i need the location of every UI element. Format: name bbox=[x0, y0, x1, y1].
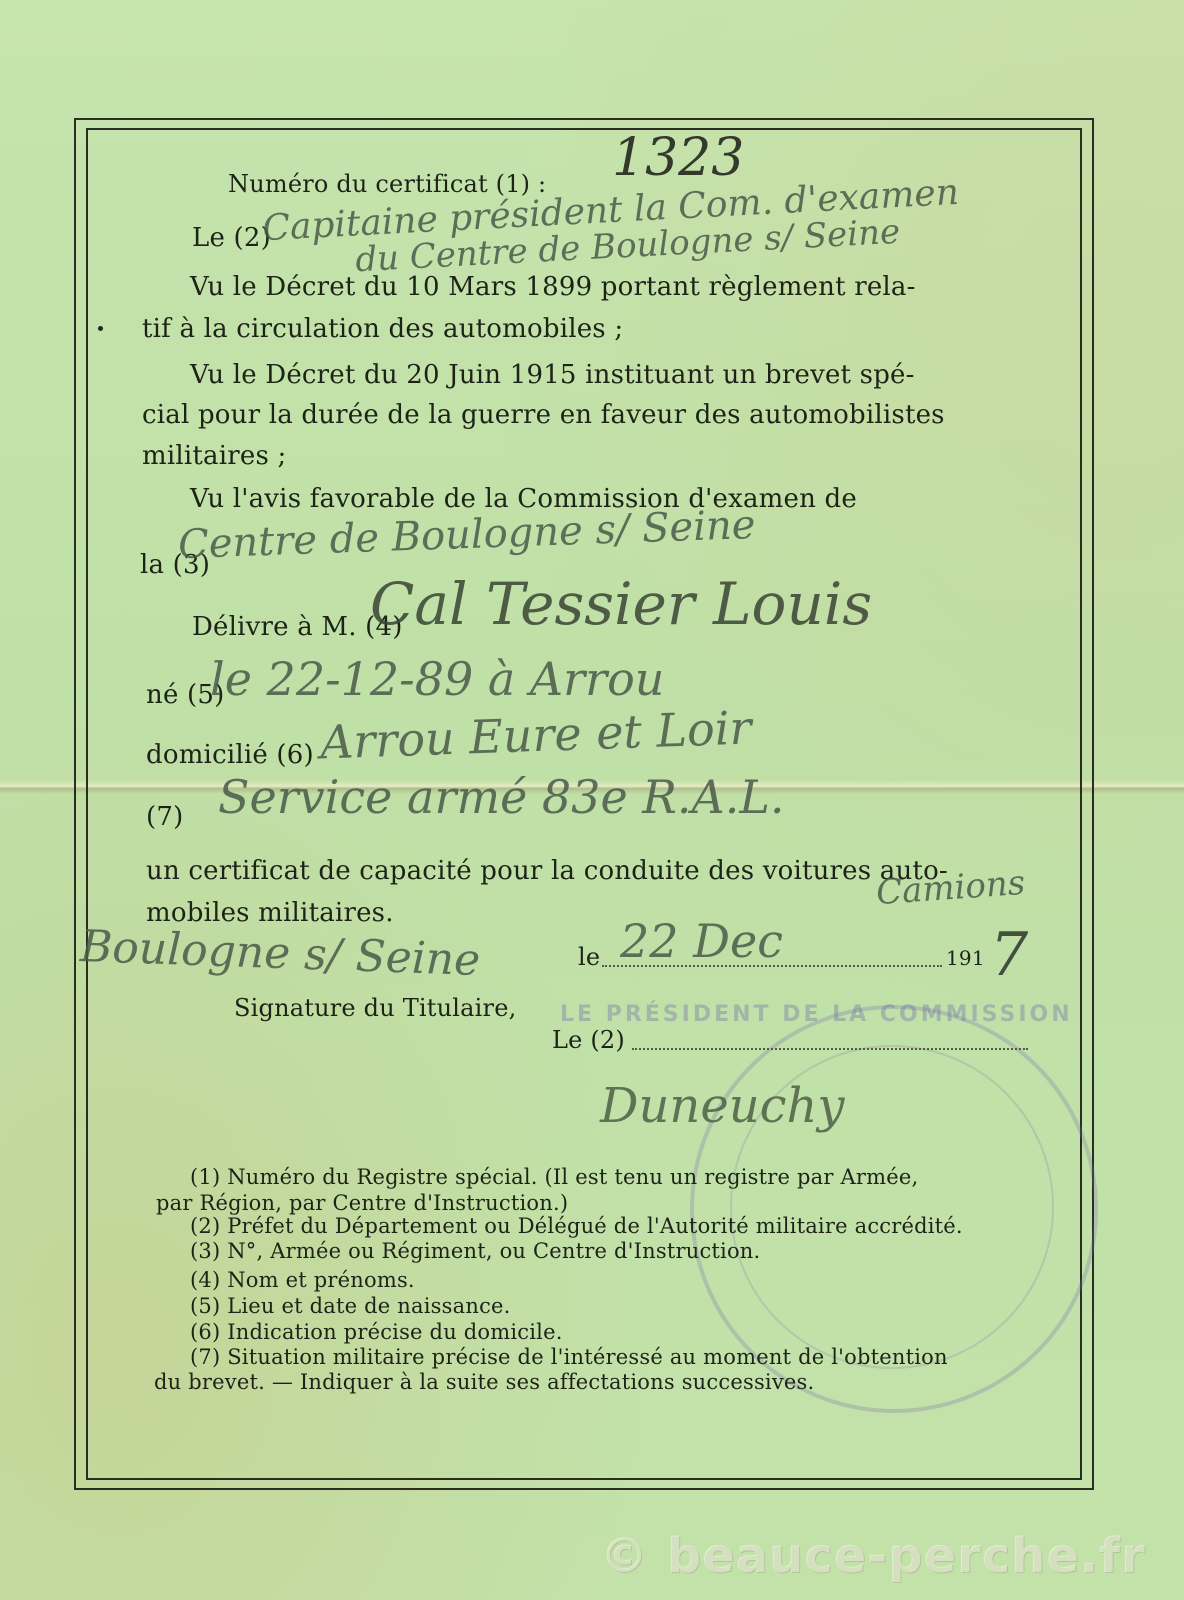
le-label: Le (2) bbox=[192, 225, 271, 251]
footnote-5: (5) Lieu et date de naissance. bbox=[190, 1296, 511, 1317]
signature-titulaire-label: Signature du Titulaire, bbox=[234, 996, 516, 1020]
delivre-handwritten: Cal Tessier Louis bbox=[370, 570, 872, 638]
decree-1915-line2: cial pour la durée de la guerre en faveu… bbox=[142, 402, 945, 428]
footnote-4: (4) Nom et prénoms. bbox=[190, 1270, 415, 1291]
ne-handwritten: le 22-12-89 à Arrou bbox=[210, 652, 664, 706]
date-handwritten: 22 Dec bbox=[620, 914, 783, 968]
situation-label: (7) bbox=[146, 804, 183, 830]
footnote-7-cont: du brevet. — Indiquer à la suite ses aff… bbox=[154, 1372, 814, 1393]
decree-1899-line2: tif à la circulation des automobiles ; bbox=[142, 316, 623, 342]
le2-dotted-line bbox=[632, 1048, 1028, 1050]
year-prefix: 191 bbox=[946, 948, 985, 968]
stamp-text: LE PRÉSIDENT DE LA COMMISSION bbox=[560, 1002, 1073, 1027]
footnote-1: (1) Numéro du Registre spécial. (Il est … bbox=[190, 1167, 918, 1188]
situation-handwritten: Service armé 83e R.A.L. bbox=[218, 770, 785, 824]
certificate-text-line1: un certificat de capacité pour la condui… bbox=[146, 858, 948, 884]
footnote-6: (6) Indication précise du domicile. bbox=[190, 1322, 563, 1343]
certificate-text-line2: mobiles militaires. bbox=[146, 900, 394, 926]
domicile-label: domicilié (6) bbox=[146, 742, 314, 768]
margin-dot bbox=[98, 326, 103, 331]
official-signature: Duneuchy bbox=[600, 1078, 845, 1134]
decree-1915-line1: Vu le Décret du 20 Juin 1915 instituant … bbox=[190, 362, 915, 388]
certificate-number: 1323 bbox=[612, 128, 744, 188]
footnote-7: (7) Situation militaire précise de l'int… bbox=[190, 1347, 948, 1368]
copyright-watermark: © beauce-perche.fr bbox=[600, 1528, 1146, 1584]
year-handwritten: 7 bbox=[990, 920, 1028, 990]
footnote-2: (2) Préfet du Département ou Délégué de … bbox=[190, 1216, 963, 1237]
date-le-label: le bbox=[578, 945, 600, 969]
footnote-1-cont: par Région, par Centre d'Instruction.) bbox=[156, 1193, 568, 1214]
certificate-number-label: Numéro du certificat (1) : bbox=[228, 172, 546, 196]
decree-1915-line3: militaires ; bbox=[142, 443, 286, 469]
commission-line: Vu l'avis favorable de la Commission d'e… bbox=[190, 486, 857, 512]
le2-label: Le (2) bbox=[552, 1028, 625, 1052]
footnote-3: (3) N°, Armée ou Régiment, ou Centre d'I… bbox=[190, 1241, 760, 1262]
decree-1899-line1: Vu le Décret du 10 Mars 1899 portant règ… bbox=[190, 274, 916, 300]
